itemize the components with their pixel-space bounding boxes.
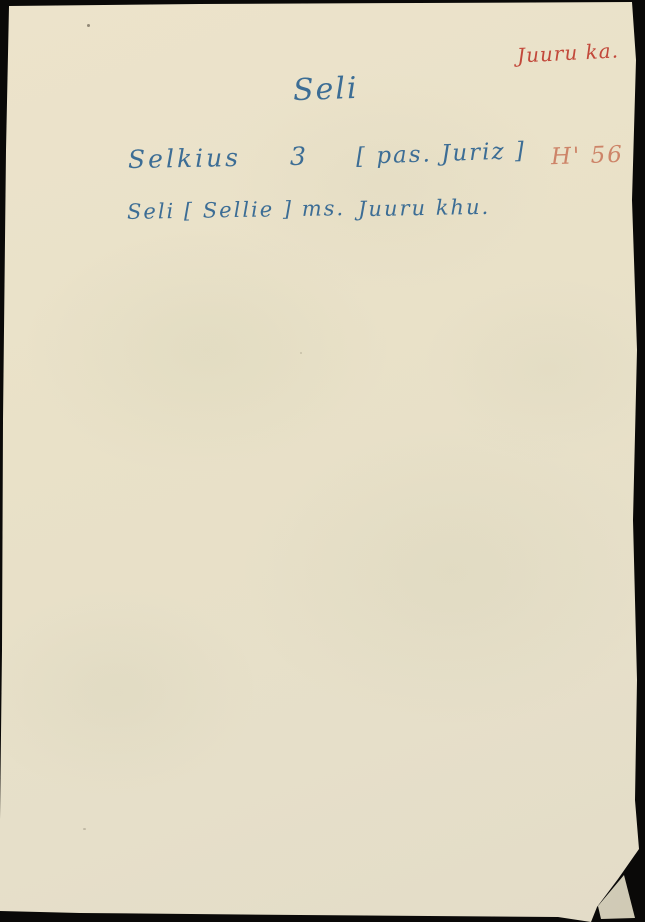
- scanned-card: Juuru ka. Seli Selkius 3 [ pas. Juriz ] …: [0, 0, 645, 922]
- card-title: Seli: [292, 71, 359, 108]
- entry-variant: Seli [ Sellie ] ms.: [127, 196, 345, 224]
- entry-parish: Juuru khu.: [358, 195, 491, 221]
- paper-speck: [300, 352, 302, 354]
- archive-reference: H' 56: [551, 142, 625, 171]
- paper-speck: [83, 828, 86, 830]
- paper-sheet: [0, 0, 645, 922]
- entry-headword: Selkius: [128, 143, 241, 174]
- paper-speck: [87, 24, 90, 27]
- entry-number: 3: [290, 142, 306, 171]
